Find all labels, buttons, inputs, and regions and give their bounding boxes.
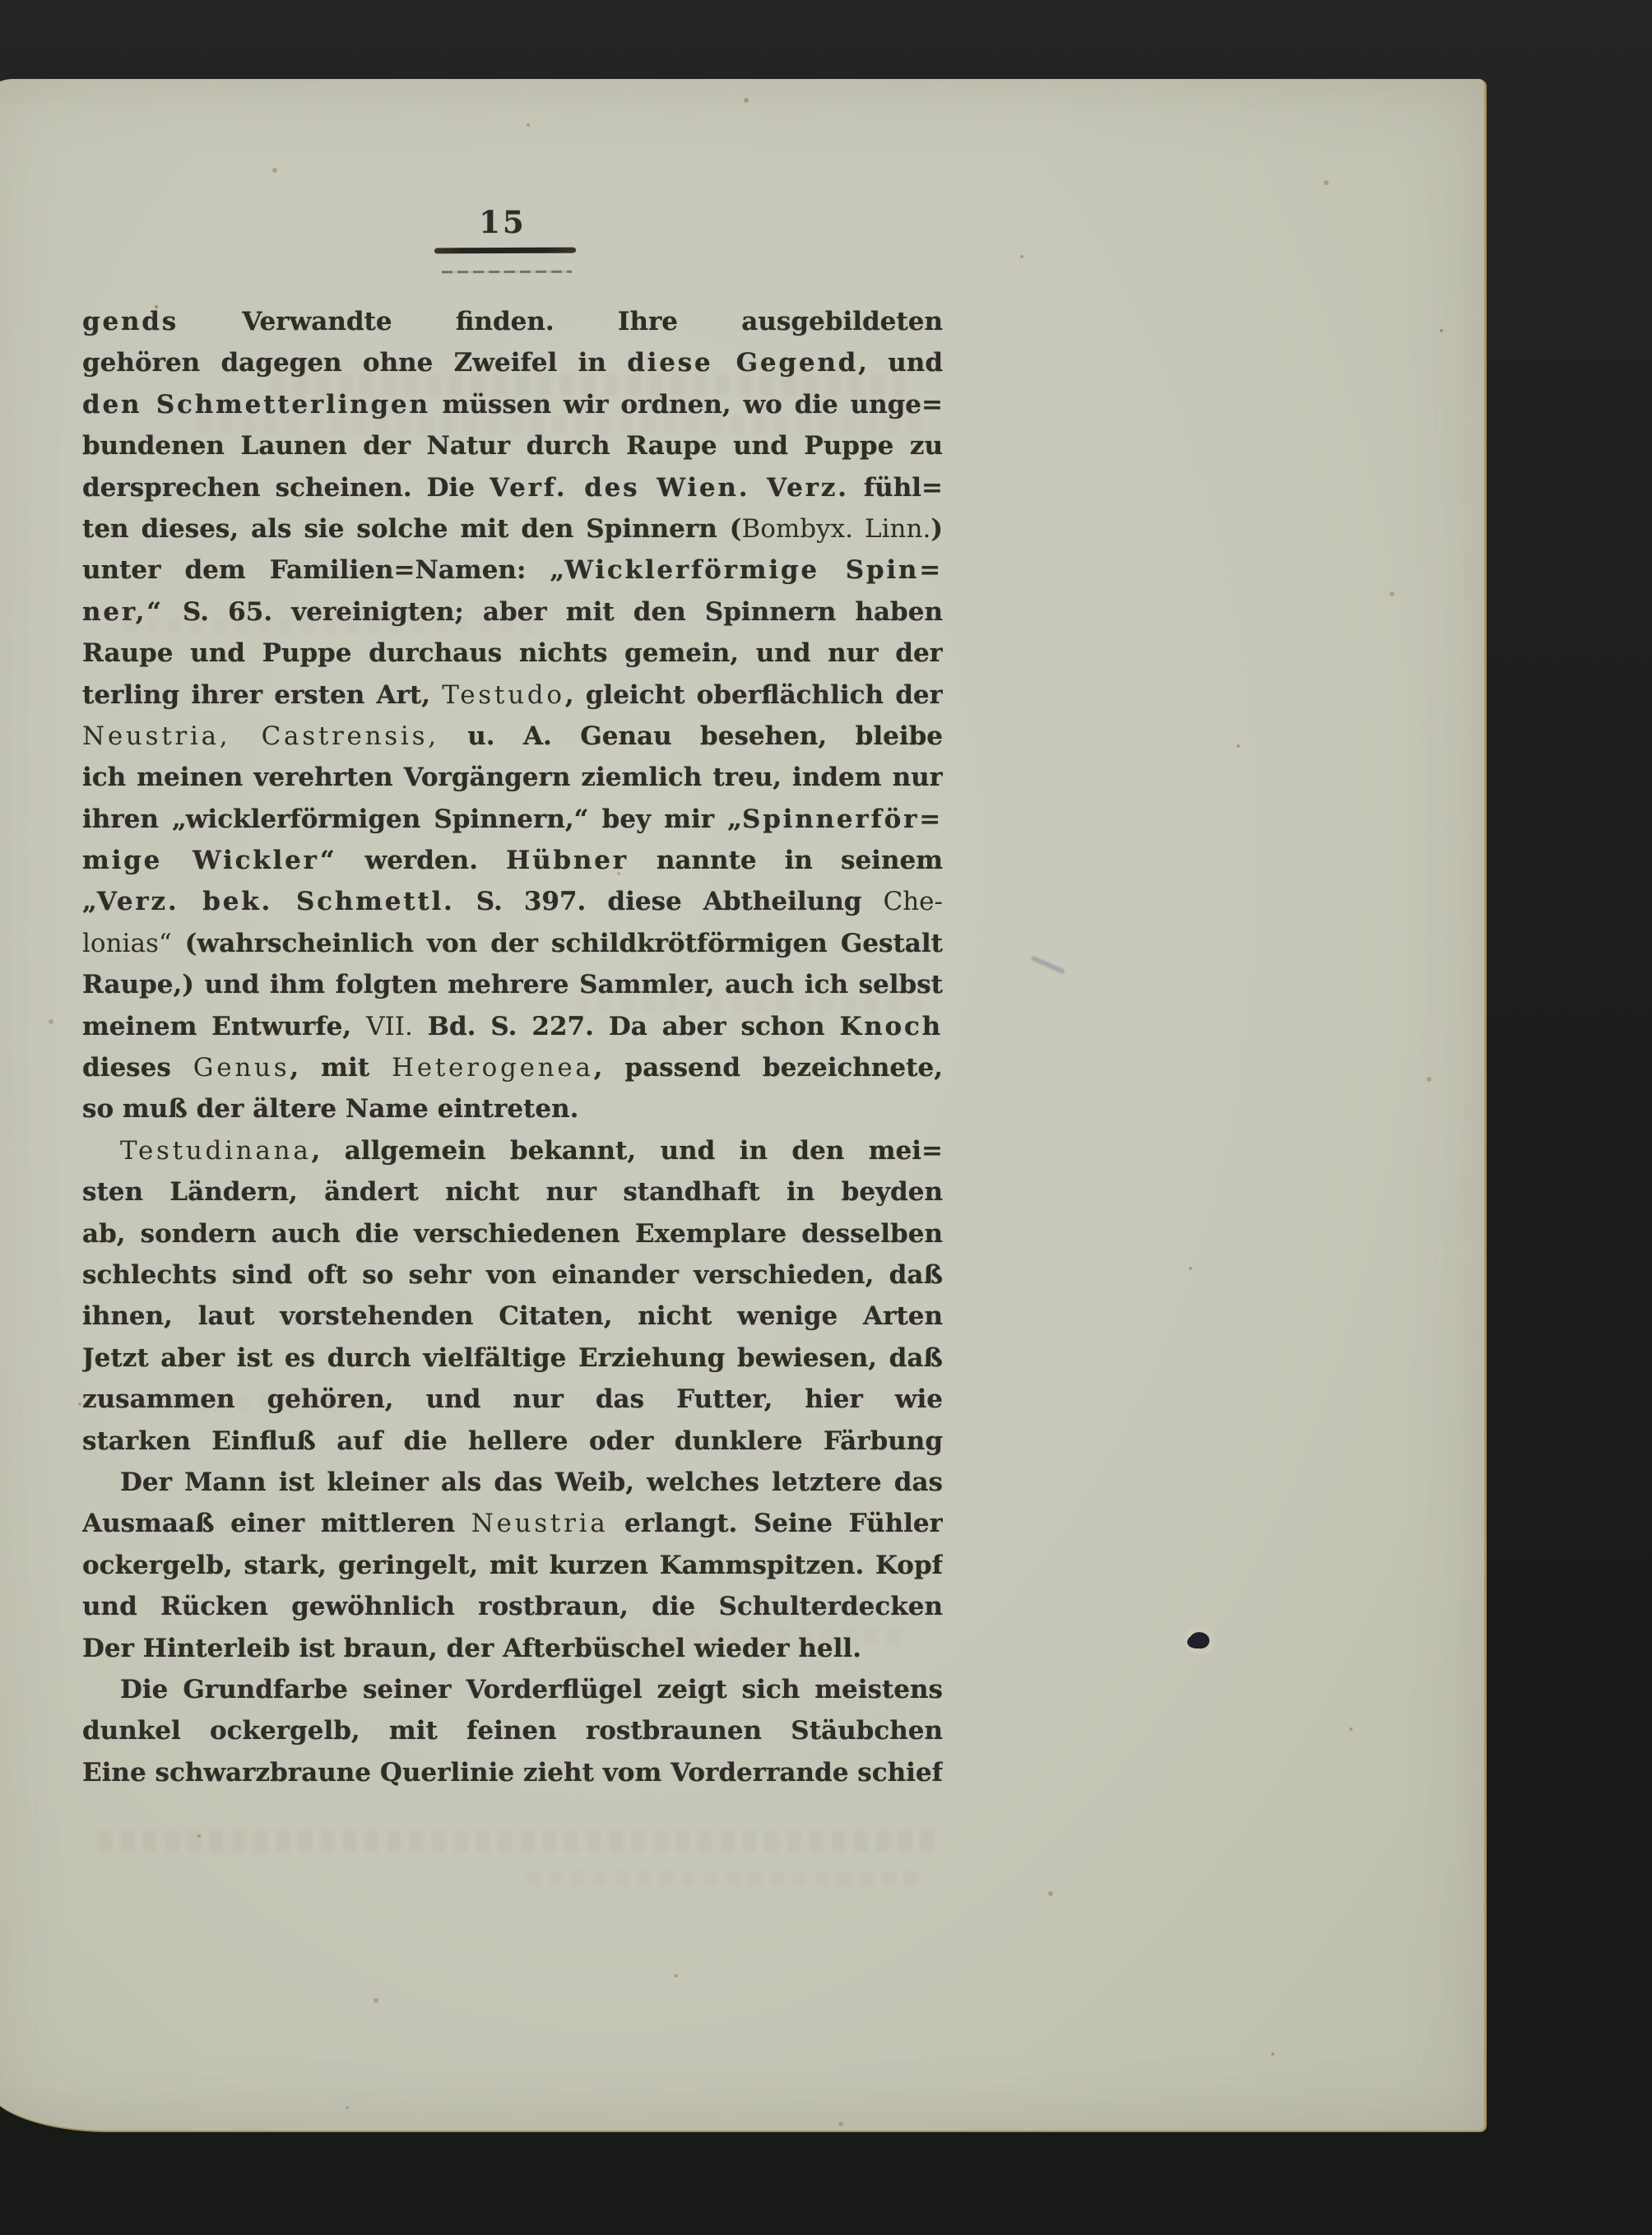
text-segment: ich meinen verehrten Vorgängern ziemlich…: [82, 763, 943, 798]
text-line: Jetzt aber ist es durch vielfältige Erzi…: [82, 1338, 943, 1379]
text-segment: Eine schwarzbraune Querlinie zieht vom V…: [82, 1758, 943, 1793]
text-segment: ner,“: [82, 597, 164, 627]
text-line: ten dieses, als sie solche mit den Spinn…: [82, 508, 943, 549]
show-through-ghost: [527, 1871, 921, 1886]
text-line: gehören dagegen ohne Zweifel in diese Ge…: [82, 342, 943, 383]
text-segment: Knoch: [839, 1012, 943, 1041]
text-segment: ab, sondern auch die verschiedenen Exemp…: [82, 1219, 943, 1254]
text-segment: lonias“: [82, 929, 172, 958]
text-segment: Jetzt aber ist es durch vielfältige Erzi…: [82, 1343, 943, 1379]
scanned-book-page: 15 gends Verwandte finden. Ihre ausgebil…: [0, 0, 1652, 2235]
text-line: Die Grundfarbe seiner Vorderflügel zeigt…: [82, 1669, 943, 1710]
text-segment: ten dieses, als sie solche mit den Spinn…: [82, 514, 741, 544]
text-line: lonias“ (wahrscheinlich von der schildkr…: [82, 923, 943, 964]
text-segment: starken Einfluß auf die hellere oder dun…: [82, 1426, 943, 1462]
text-line: ner,“ S. 65. vereinigten; aber mit den S…: [82, 591, 943, 633]
text-line: dersprechen scheinen. Die Verf. des Wien…: [82, 467, 943, 508]
text-line: zusammen gehören, und nur das Futter, hi…: [82, 1379, 943, 1420]
text-line: ich meinen verehrten Vorgängern ziemlich…: [82, 757, 943, 798]
text-line: Der Hinterleib ist braun, der Afterbüsch…: [82, 1628, 943, 1669]
text-segment: fühl=: [849, 473, 943, 503]
text-segment: dersprechen scheinen. Die: [82, 473, 490, 503]
text-segment: Testudinana: [120, 1136, 312, 1166]
text-segment: ): [930, 514, 943, 544]
text-line: ihren „wicklerförmigen Spinnern,“ bey mi…: [82, 799, 943, 840]
text-segment: Die Grundfarbe seiner Vorderflügel zeigt…: [120, 1675, 943, 1704]
text-line: Testudinana, allgemein bekannt, und in d…: [82, 1130, 943, 1171]
text-segment: Bd. S. 227. Da aber schon: [413, 1012, 840, 1041]
text-line: terling ihrer ersten Art, Testudo, gleic…: [82, 675, 943, 716]
text-line: Der Mann ist kleiner als das Weib, welch…: [82, 1462, 943, 1503]
text-segment: Spinnerför=: [742, 805, 943, 834]
text-segment: bundenen Launen der Natur durch Raupe un…: [82, 431, 943, 466]
show-through-ghost: [99, 1830, 938, 1852]
text-segment: zusammen gehören, und nur das Futter, hi…: [82, 1384, 943, 1420]
text-line: „Verz. bek. Schmettl. S. 397. diese Abth…: [82, 881, 943, 922]
text-line: ab, sondern auch die verschiedenen Exemp…: [82, 1213, 943, 1254]
text-line: Neustria, Castrensis, u. A. Genau besehe…: [82, 716, 943, 757]
text-segment: unter dem Familien=Namen: „: [82, 555, 564, 585]
text-segment: müssen wir ordnen, wo die unge=: [430, 390, 943, 420]
text-line: und Rücken gewöhnlich rostbraun, die Sch…: [82, 1586, 943, 1627]
text-segment: Raupe und Puppe durchaus nichts gemein, …: [82, 638, 943, 674]
text-line: dieses Genus, mit Heterogenea, passend b…: [82, 1047, 943, 1088]
text-line: meinem Entwurfe, VII. Bd. S. 227. Da abe…: [82, 1006, 943, 1047]
text-segment: S. 65. vereinigten; aber mit den Spinner…: [82, 597, 943, 633]
text-segment: Heterogenea: [392, 1053, 594, 1083]
text-segment: Testudo: [442, 680, 565, 710]
text-segment: Der Hinterleib ist braun, der Afterbüsch…: [82, 1634, 861, 1663]
text-segment: gends: [82, 307, 179, 336]
text-segment: Wicklerförmige Spin=: [564, 555, 943, 585]
text-line: ockergelb, stark, geringelt, mit kurzen …: [82, 1545, 943, 1586]
text-segment: schlechts sind oft so sehr von einander …: [82, 1260, 943, 1296]
text-segment: nannte in seinem: [629, 846, 943, 875]
text-line: gends Verwandte finden. Ihre ausgebildet…: [82, 301, 943, 342]
header-rule-thin: [442, 271, 572, 274]
text-segment: Bombyx. Linn.: [741, 514, 930, 544]
text-segment: S. 397. diese Abtheilung: [455, 887, 884, 916]
text-line: Raupe,) und ihm folgten mehrere Sammler,…: [82, 964, 943, 1005]
text-segment: u. A. Genau besehen, bleibe: [439, 721, 943, 751]
text-segment: Hübner: [506, 846, 629, 875]
text-segment: , gleicht oberflächlich der: [565, 680, 943, 710]
text-segment: terling ihrer ersten Art,: [82, 680, 442, 710]
text-segment: Verwandte finden. Ihre ausgebildeten Sch…: [82, 307, 943, 342]
text-segment: (wahrscheinlich von der schildkrötförmig…: [82, 929, 943, 964]
text-segment: den Schmetterlingen: [82, 390, 430, 420]
text-segment: , mit: [290, 1053, 392, 1083]
text-segment: Che-: [884, 887, 944, 916]
text-segment: Ausmaaß einer mittleren: [82, 1509, 471, 1538]
text-segment: und Rücken gewöhnlich rostbraun, die Sch…: [82, 1592, 943, 1627]
text-segment: VII.: [366, 1012, 413, 1041]
text-segment: sten Ländern, ändert nicht nur standhaft…: [82, 1177, 943, 1213]
text-segment: , passend bezeichnete,: [594, 1053, 943, 1083]
text-line: mige Wickler“ werden. Hübner nannte in s…: [82, 840, 943, 881]
text-segment: Der Mann ist kleiner als das Weib, welch…: [120, 1468, 943, 1497]
text-line: dunkel ockergelb, mit feinen rostbraunen…: [82, 1710, 943, 1751]
text-segment: ockergelb, stark, geringelt, mit kurzen …: [82, 1551, 943, 1580]
text-segment: Neustria: [471, 1509, 609, 1538]
text-segment: Neustria, Castrensis,: [82, 721, 439, 751]
text-line: schlechts sind oft so sehr von einander …: [82, 1254, 943, 1296]
text-line: ihnen, laut vorstehenden Citaten, nicht …: [82, 1296, 943, 1337]
text-segment: Verz. bek. Schmettl.: [97, 887, 455, 916]
page-header: 15: [82, 204, 943, 240]
text-segment: , und: [858, 348, 943, 378]
text-segment: Verf. des Wien. Verz.: [490, 473, 849, 503]
header-rule-thick: [434, 248, 576, 254]
text-line: starken Einfluß auf die hellere oder dun…: [82, 1421, 943, 1462]
text-line: bundenen Launen der Natur durch Raupe un…: [82, 425, 943, 466]
text-segment: ihren „wicklerförmigen Spinnern,“ bey mi…: [82, 805, 742, 834]
text-block: gends Verwandte finden. Ihre ausgebildet…: [82, 301, 943, 1793]
text-segment: diese Gegend: [627, 348, 858, 378]
text-line: Ausmaaß einer mittleren Neustria erlangt…: [82, 1503, 943, 1544]
text-segment: Genus: [193, 1053, 290, 1083]
text-segment: werden.: [336, 846, 506, 875]
text-line: sten Ländern, ändert nicht nur standhaft…: [82, 1171, 943, 1213]
text-segment: gehören dagegen ohne Zweifel in: [82, 348, 627, 378]
text-line: so muß der ältere Name eintreten.: [82, 1088, 943, 1129]
text-segment: dunkel ockergelb, mit feinen rostbraunen…: [82, 1716, 943, 1751]
page-number: 15: [479, 204, 527, 240]
text-segment: „: [82, 887, 97, 916]
text-segment: Raupe,) und ihm folgten mehrere Sammler,…: [82, 970, 943, 1005]
text-segment: so muß der ältere Name eintreten.: [82, 1094, 578, 1124]
text-line: Eine schwarzbraune Querlinie zieht vom V…: [82, 1752, 943, 1793]
text-segment: meinem Entwurfe,: [82, 1012, 366, 1041]
text-segment: , allgemein bekannt, und in den mei=: [312, 1136, 943, 1166]
text-segment: ihnen, laut vorstehenden Citaten, nicht …: [82, 1301, 943, 1337]
text-segment: dieses: [82, 1053, 193, 1083]
text-line: unter dem Familien=Namen: „Wicklerförmig…: [82, 549, 943, 591]
text-segment: mige Wickler“: [82, 846, 336, 875]
text-line: den Schmetterlingen müssen wir ordnen, w…: [82, 384, 943, 425]
text-line: Raupe und Puppe durchaus nichts gemein, …: [82, 633, 943, 674]
